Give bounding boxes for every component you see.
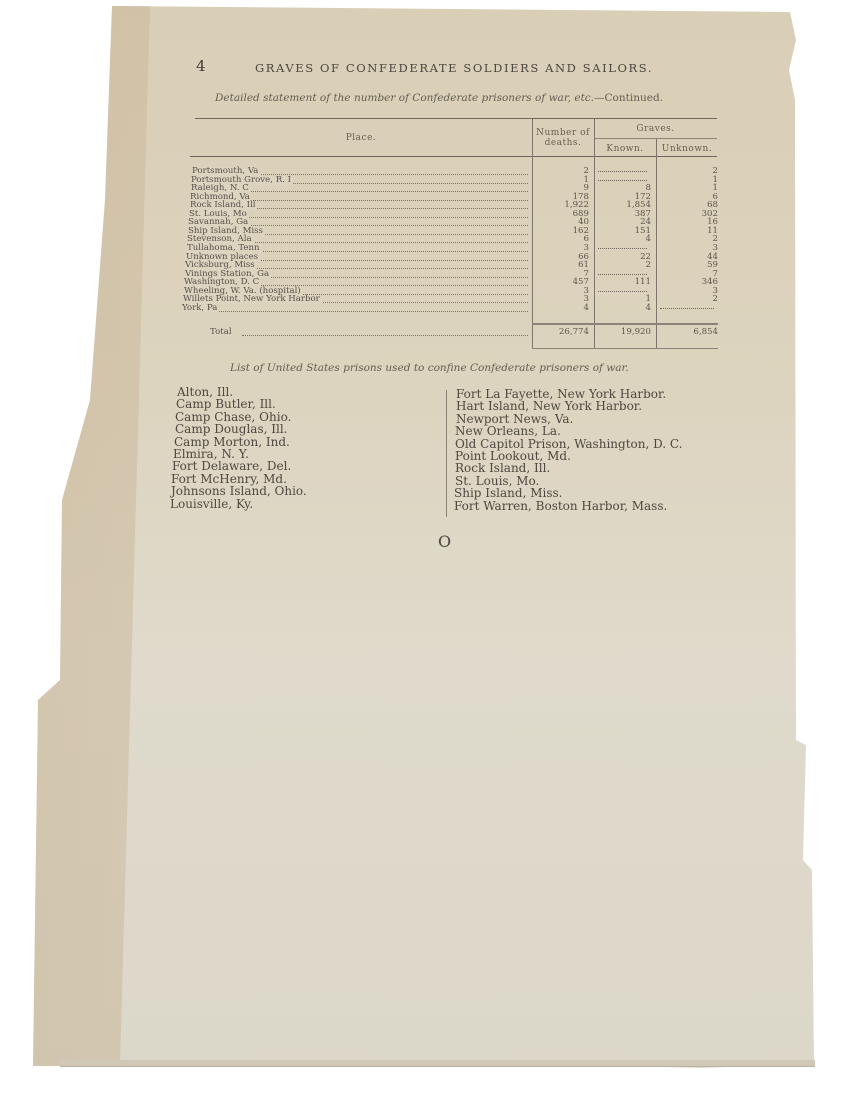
table-row: York, Pa44 (0, 304, 842, 313)
prison-list-item: New Orleans, La. (455, 425, 561, 437)
header-deaths: Number of deaths. (532, 128, 594, 148)
total-label: Total (210, 328, 234, 337)
total-unknown: 6,854 (656, 328, 718, 337)
table-caption: Detailed statement of the number of Conf… (215, 92, 663, 104)
running-head: GRAVES OF CONFEDERATE SOLDIERS AND SAILO… (255, 61, 653, 75)
header-deaths-line1: Number of (536, 128, 590, 138)
prison-list-item: Johnsons Island, Ohio. (171, 485, 307, 497)
prison-list-item: Camp Douglas, Ill. (175, 423, 287, 435)
page-number: 4 (196, 57, 206, 75)
empty-cell-dots (598, 291, 647, 292)
empty-cell-dots (598, 248, 647, 249)
document-page: 4 GRAVES OF CONFEDERATE SOLDIERS AND SAI… (0, 0, 842, 1100)
end-mark: O (438, 532, 451, 551)
empty-cell-dots (660, 308, 714, 309)
prison-list-item: Fort Delaware, Del. (172, 460, 291, 472)
total-known: 19,920 (594, 328, 651, 337)
header-place: Place. (190, 133, 532, 143)
leader-dots (242, 335, 528, 336)
table-top-rule (195, 118, 717, 119)
header-unknown: Unknown. (656, 144, 718, 154)
empty-cell-dots (598, 180, 647, 181)
row-unknown (656, 304, 718, 313)
table-bottom-rule (532, 348, 718, 349)
row-place: York, Pa (182, 304, 219, 313)
table-caption-suffix: —Continued. (594, 92, 663, 104)
prison-list-item: Camp Butler, Ill. (176, 398, 276, 410)
total-deaths: 26,774 (532, 328, 589, 337)
prisons-column-divider (446, 390, 447, 517)
total-top-rule (532, 323, 718, 325)
prison-list-item: Rock Island, Ill. (455, 462, 550, 474)
table-total-row: Total 26,774 19,920 6,854 (0, 328, 842, 337)
empty-cell-dots (598, 274, 647, 275)
prisons-list-title: List of United States prisons used to co… (230, 362, 629, 374)
prison-list-item: Ship Island, Miss. (454, 487, 562, 499)
row-deaths: 4 (532, 304, 589, 313)
prison-list-item: Fort Warren, Boston Harbor, Mass. (454, 500, 667, 512)
empty-cell-dots (598, 171, 647, 172)
prison-list-item: Louisville, Ky. (170, 498, 253, 510)
table-caption-italic: Detailed statement of the number of Conf… (215, 92, 594, 104)
row-known: 4 (594, 304, 651, 313)
table-header-bottom-rule (190, 156, 717, 157)
header-deaths-line2: deaths. (545, 138, 582, 148)
paper-bottom-edge (60, 1060, 815, 1067)
header-known: Known. (594, 144, 656, 154)
header-graves: Graves. (594, 124, 717, 134)
prison-list-item: Hart Island, New York Harbor. (456, 400, 642, 412)
leader-dots (190, 311, 528, 312)
